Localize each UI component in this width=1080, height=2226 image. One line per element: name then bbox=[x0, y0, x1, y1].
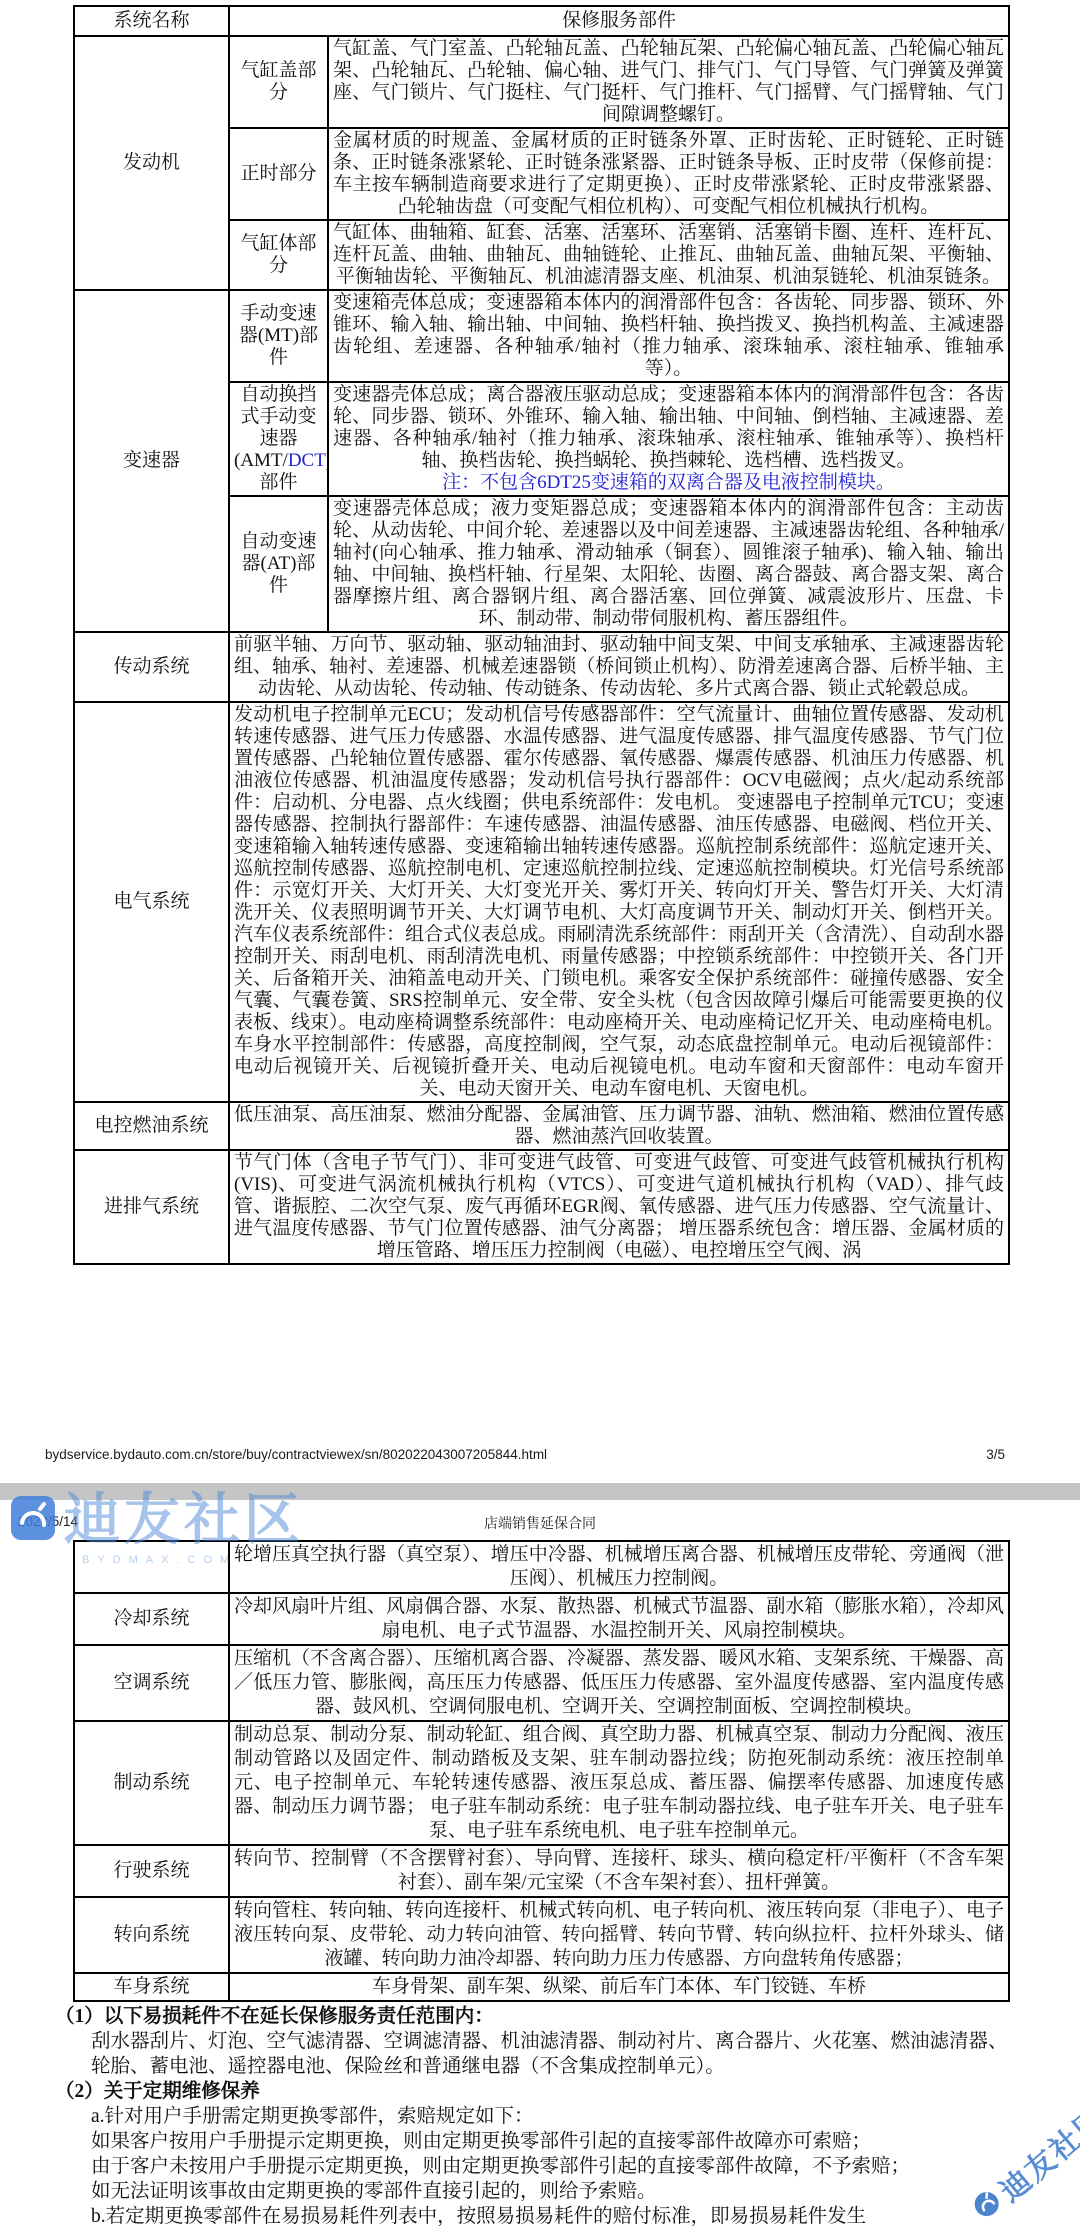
header-warranty-parts: 保修服务部件 bbox=[229, 6, 1009, 36]
table-row: 制动系统 制动总泵、制动分泵、制动轮缸、组合阀、真空助力器、机械真空泵、制动力分… bbox=[74, 1721, 1009, 1845]
content-cell-electrical: 发动机电子控制单元ECU；发动机信号传感器部件：空气流量计、曲轴位置传感器、发动… bbox=[229, 702, 1009, 1102]
system-cell-gearbox: 变速器 bbox=[74, 290, 229, 632]
content-cell-amt-dct: 变速器壳体总成；离合器液压驱动总成；变速器箱本体内的润滑部件包含：各齿轮、同步器… bbox=[328, 382, 1009, 496]
table-row: 车身系统 车身骨架、副车架、纵梁、前后车门本体、车门铰链、车桥 bbox=[74, 1973, 1009, 2001]
note-2a-line-2: 由于客户未按用户手册提示定期更换，则由定期更换零部件引起的直接零部件故障，不予索… bbox=[91, 2154, 1025, 2179]
system-cell-fuel: 电控燃油系统 bbox=[74, 1102, 229, 1150]
table-row: 传动系统 前驱半轴、万向节、驱动轴、驱动轴油封、驱动轴中间支架、中间支承轴承、主… bbox=[74, 632, 1009, 702]
notes-section: （1）以下易损耗件不在延长保修服务责任范围内： 刮水器刮片、灯泡、空气滤清器、空… bbox=[55, 2004, 1025, 2226]
contract-title: 店端销售延保合同 bbox=[0, 1513, 1080, 1533]
system-cell-intake-exhaust: 进排气系统 bbox=[74, 1150, 229, 1264]
dct-exclusion-note: 注：不包含6DT25变速箱的双离合器及电液控制模块。 bbox=[333, 472, 1004, 494]
content-cell-body: 车身骨架、副车架、纵梁、前后车门本体、车门铰链、车桥 bbox=[229, 1973, 1009, 2001]
table-row: 空调系统 压缩机（不含离合器）、压缩机离合器、冷凝器、蒸发器、暖风水箱、支架系统… bbox=[74, 1645, 1009, 1721]
part-cell-timing: 正时部分 bbox=[229, 128, 328, 220]
system-cell-steering: 转向系统 bbox=[74, 1897, 229, 1973]
note-1-heading: （1）以下易损耗件不在延长保修服务责任范围内： bbox=[55, 2004, 1025, 2029]
part-label-dct: DCT bbox=[288, 450, 326, 471]
content-cell-mt: 变速箱壳体总成；变速器箱本体内的润滑部件包含：各齿轮、同步器、锁环、外锥环、输入… bbox=[328, 290, 1009, 382]
content-cell-fuel: 低压油泵、高压油泵、燃油分配器、金属油管、压力调节器、油轨、燃油箱、燃油位置传感… bbox=[229, 1102, 1009, 1150]
note-2a-heading: a.针对用户手册需定期更换零部件，索赔规定如下： bbox=[91, 2104, 1025, 2129]
content-cell-turbo-continuation: 轮增压真空执行器（真空泵）、增压中冷器、机械增压离合器、机械增压皮带轮、旁通阀（… bbox=[229, 1541, 1009, 1593]
table-row: 发动机 气缸盖部分 气缸盖、气门室盖、凸轮轴瓦盖、凸轮轴瓦架、凸轮偏心轴瓦盖、凸… bbox=[74, 36, 1009, 128]
note-2b-heading: b.若定期更换零部件在易损易耗件列表中，按照易损易耗件的赔付标准，即易损易耗件发… bbox=[91, 2204, 1025, 2226]
warranty-parts-table-page1: 系统名称 保修服务部件 发动机 气缸盖部分 气缸盖、气门室盖、凸轮轴瓦盖、凸轮轴… bbox=[73, 5, 1010, 1265]
table-row: 行驶系统 转向节、控制臂（不含摆臂衬套）、导向臂、连接杆、球头、横向稳定杆/平衡… bbox=[74, 1845, 1009, 1897]
header-system-name: 系统名称 bbox=[74, 6, 229, 36]
note-2-heading: （2）关于定期维修保养 bbox=[55, 2079, 1025, 2104]
content-cell-at: 变速器壳体总成；液力变矩器总成；变速器箱本体内的润滑部件包含：主动齿轮、从动齿轮… bbox=[328, 496, 1009, 632]
content-cell-cylinder-head: 气缸盖、气门室盖、凸轮轴瓦盖、凸轮轴瓦架、凸轮偏心轴瓦盖、凸轮偏心轴瓦架、凸轮轴… bbox=[328, 36, 1009, 128]
footer-page-number: 3/5 bbox=[955, 1447, 1005, 1462]
part-cell-mt: 手动变速器(MT)部件 bbox=[229, 290, 328, 382]
note-1-body: 刮水器刮片、灯泡、空气滤清器、空调滤清器、机油滤清器、制动衬片、离合器片、火花塞… bbox=[91, 2029, 1025, 2079]
system-cell-drivetrain: 传动系统 bbox=[74, 632, 229, 702]
system-cell-cooling: 冷却系统 bbox=[74, 1593, 229, 1645]
content-cell-cooling: 冷却风扇叶片组、风扇偶合器、水泵、散热器、机械式节温器、副水箱（膨胀水箱），冷却… bbox=[229, 1593, 1009, 1645]
content-cell-intake-exhaust: 节气门体（含电子节气门）、非可变进气歧管、可变进气歧管、可变进气歧管机械执行机构… bbox=[229, 1150, 1009, 1264]
content-cell-running: 转向节、控制臂（不含摆臂衬套）、导向臂、连接杆、球头、横向稳定杆/平衡杆（不含车… bbox=[229, 1845, 1009, 1897]
note-2a-line-1: 如果客户按用户手册提示定期更换，则由定期更换零部件引起的直接零部件故障亦可索赔； bbox=[91, 2129, 1025, 2154]
table-row: 冷却系统 冷却风扇叶片组、风扇偶合器、水泵、散热器、机械式节温器、副水箱（膨胀水… bbox=[74, 1593, 1009, 1645]
system-cell-ac: 空调系统 bbox=[74, 1645, 229, 1721]
table-row: 轮增压真空执行器（真空泵）、增压中冷器、机械增压离合器、机械增压皮带轮、旁通阀（… bbox=[74, 1541, 1009, 1593]
warranty-parts-table-page2: 轮增压真空执行器（真空泵）、增压中冷器、机械增压离合器、机械增压皮带轮、旁通阀（… bbox=[73, 1540, 1010, 2002]
system-cell-engine: 发动机 bbox=[74, 36, 229, 290]
part-cell-cylinder-head: 气缸盖部分 bbox=[229, 36, 328, 128]
content-cell-timing: 金属材质的时规盖、金属材质的正时链条外罩、正时齿轮、正时链轮、正时链条、正时链条… bbox=[328, 128, 1009, 220]
note-2a-line-3: 如无法证明该事故由定期更换的零部件直接引起的，则给予索赔。 bbox=[91, 2179, 1025, 2204]
content-cell-steering: 转向管柱、转向轴、转向连接杆、机械式转向机、电子转向机、液压转向泵（非电子）、电… bbox=[229, 1897, 1009, 1973]
table-row: 进排气系统 节气门体（含电子节气门）、非可变进气歧管、可变进气歧管、可变进气歧管… bbox=[74, 1150, 1009, 1264]
table-header-row: 系统名称 保修服务部件 bbox=[74, 6, 1009, 36]
system-cell-brake: 制动系统 bbox=[74, 1721, 229, 1845]
system-cell-continuation-empty bbox=[74, 1541, 229, 1593]
content-text: 变速器壳体总成；离合器液压驱动总成；变速器箱本体内的润滑部件包含：各齿轮、同步器… bbox=[333, 384, 1004, 471]
content-cell-ac: 压缩机（不含离合器）、压缩机离合器、冷凝器、蒸发器、暖风水箱、支架系统、干燥器、… bbox=[229, 1645, 1009, 1721]
table-row: 电控燃油系统 低压油泵、高压油泵、燃油分配器、金属油管、压力调节器、油轨、燃油箱… bbox=[74, 1102, 1009, 1150]
footer-url: bydservice.bydauto.com.cn/store/buy/cont… bbox=[45, 1447, 547, 1462]
part-cell-cylinder-block: 气缸体部分 bbox=[229, 220, 328, 290]
table-row: 电气系统 发动机电子控制单元ECU；发动机信号传感器部件：空气流量计、曲轴位置传… bbox=[74, 702, 1009, 1102]
system-cell-running: 行驶系统 bbox=[74, 1845, 229, 1897]
content-cell-brake: 制动总泵、制动分泵、制动轮缸、组合阀、真空助力器、机械真空泵、制动力分配阀、液压… bbox=[229, 1721, 1009, 1845]
part-cell-at: 自动变速器(AT)部件 bbox=[229, 496, 328, 632]
system-cell-body: 车身系统 bbox=[74, 1973, 229, 2001]
part-cell-amt-dct: 自动换挡式手动变速器(AMT/DCT)部件 bbox=[229, 382, 328, 496]
content-cell-drivetrain: 前驱半轴、万向节、驱动轴、驱动轴油封、驱动轴中间支架、中间支承轴承、主减速器齿轮… bbox=[229, 632, 1009, 702]
table-row: 变速器 手动变速器(MT)部件 变速箱壳体总成；变速器箱本体内的润滑部件包含：各… bbox=[74, 290, 1009, 382]
page-separator-band bbox=[0, 1483, 1080, 1500]
print-date: 2022/5/14 bbox=[18, 1514, 78, 1529]
table-row: 转向系统 转向管柱、转向轴、转向连接杆、机械式转向机、电子转向机、液压转向泵（非… bbox=[74, 1897, 1009, 1973]
document-viewport: 系统名称 保修服务部件 发动机 气缸盖部分 气缸盖、气门室盖、凸轮轴瓦盖、凸轮轴… bbox=[0, 0, 1080, 2226]
system-cell-electrical: 电气系统 bbox=[74, 702, 229, 1102]
content-cell-cylinder-block: 气缸体、曲轴箱、缸套、活塞、活塞环、活塞销、活塞销卡圈、连杆、连杆瓦、连杆瓦盖、… bbox=[328, 220, 1009, 290]
